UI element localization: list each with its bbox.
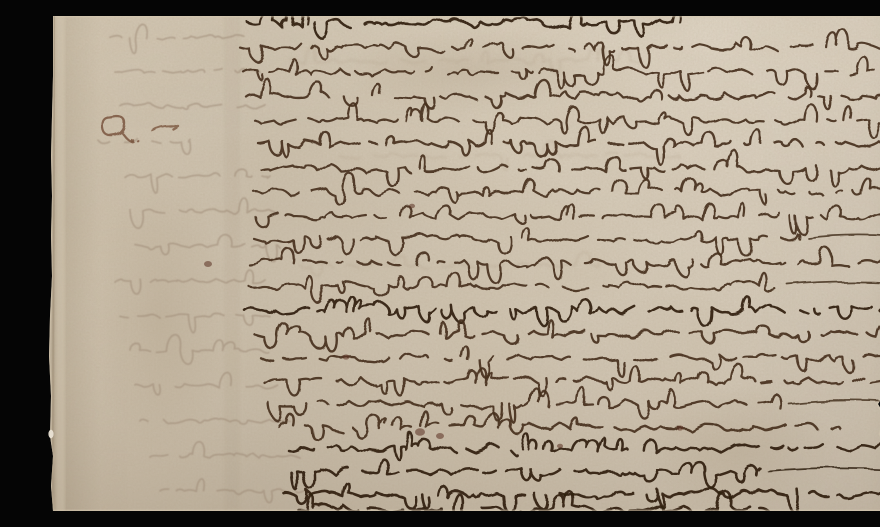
paper-surface — [40, 16, 880, 511]
marginal-dot — [136, 139, 139, 142]
left-edge-highlight — [56, 16, 65, 511]
ink-blot — [557, 444, 563, 449]
paper-edge-chip — [48, 430, 53, 438]
marginal-dot — [129, 137, 132, 140]
ink-blot — [343, 354, 350, 359]
manuscript-scan: Scanned page of an early-modern Spanish … — [40, 16, 880, 511]
ink-blot — [409, 204, 415, 209]
margin-crease — [224, 16, 240, 511]
ink-blot — [204, 261, 212, 267]
ink-blot — [415, 428, 425, 436]
ink-blot — [436, 433, 444, 439]
manuscript-svg — [40, 16, 880, 511]
ink-blot — [677, 425, 684, 430]
